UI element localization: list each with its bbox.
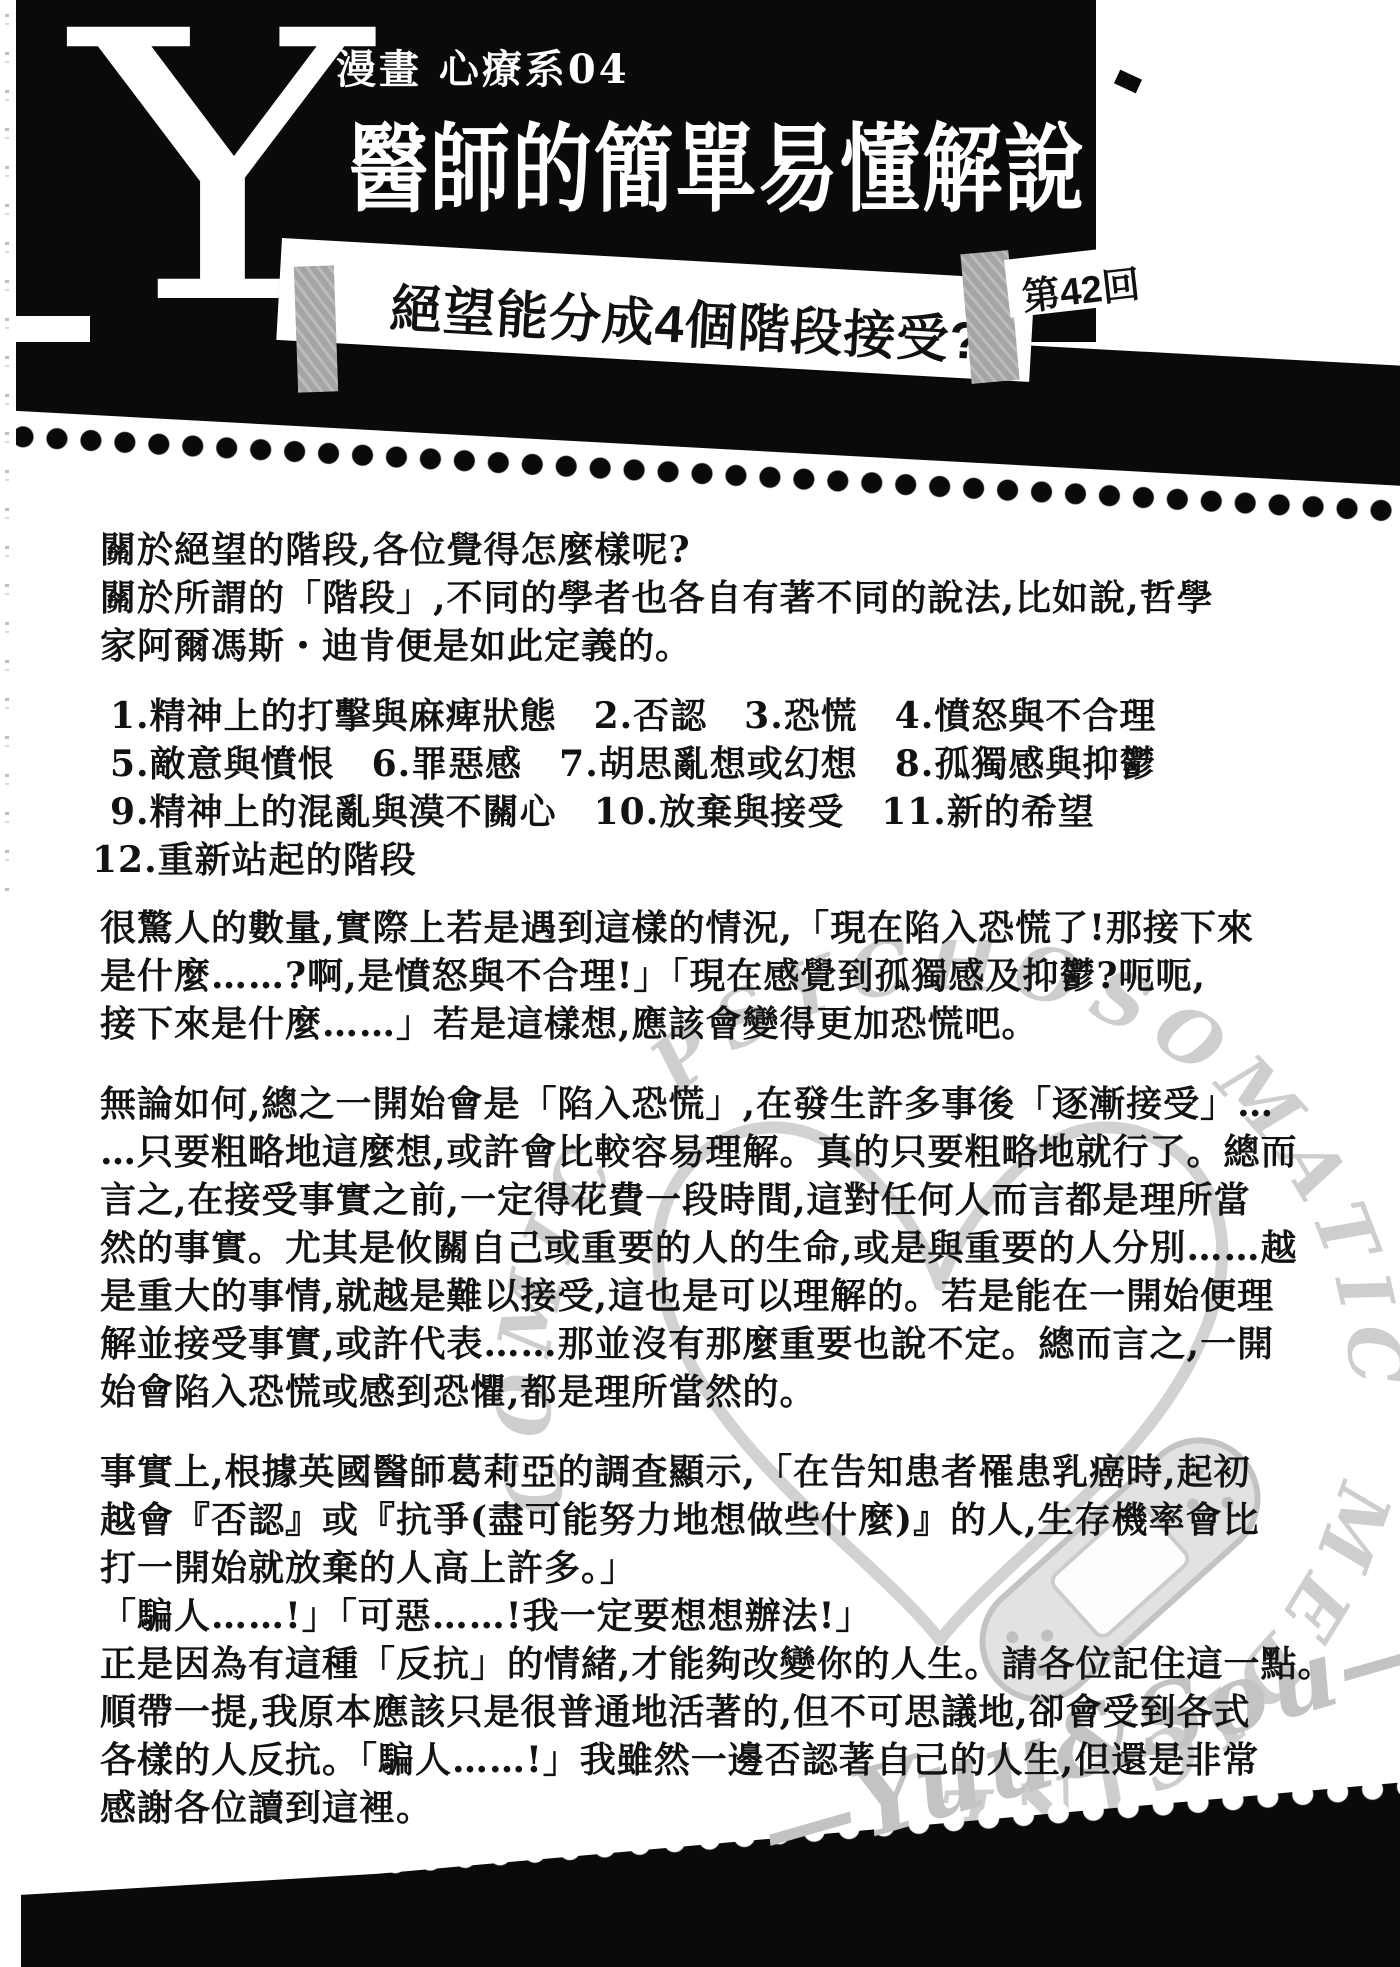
body-line: 很驚人的數量,實際上若是遇到這樣的情況,「現在陷入恐慌了!那接下來 [100, 904, 1254, 952]
body-line: 家阿爾馮斯・迪肯便是如此定義的。 [100, 622, 1214, 670]
body-line: 關於所謂的「階段」,不同的學者也各自有著不同的說法,比如說,哲學 [100, 574, 1214, 622]
episode-number: 第42回 [1019, 253, 1143, 321]
tape-left-icon [294, 265, 338, 392]
stage-line: 9.精神上的混亂與漠不關心 10.放棄與接受 11.新的希望 [92, 788, 1156, 836]
body-line: 解並接受事實,或許代表……那並沒有那麼重要也說不定。總而言之,一開 [100, 1320, 1298, 1368]
body-line: 言之,在接受事實之前,一定得花費一段時間,這對任何人而言都是理所當 [100, 1176, 1298, 1224]
body-line: …只要粗略地這麼想,或許會比較容易理解。真的只要粗略地就行了。總而 [100, 1128, 1298, 1176]
paragraph-4: 事實上,根據英國醫師葛莉亞的調查顯示,「在告知患者罹患乳癌時,起初 越會『否認』… [100, 1448, 1335, 1832]
body-line: 打一開始就放棄的人高上許多。」 [100, 1544, 1335, 1592]
ink-speck [1114, 70, 1142, 94]
stage-line: 12.重新站起的階段 [92, 836, 1156, 884]
page-left-margin [0, 0, 16, 1967]
intro-paragraph: 關於絕望的階段,各位覺得怎麼樣呢? 關於所謂的「階段」,不同的學者也各自有著不同… [100, 526, 1214, 670]
series-label: 漫畫 心療系04 [336, 38, 630, 95]
body-line: 始會陷入恐慌或感到恐懼,都是理所當然的。 [100, 1368, 1298, 1416]
body-line: 接下來是什麼……」若是這樣想,應該會變得更加恐慌吧。 [100, 1000, 1254, 1048]
body-line: 是什麼……?啊,是憤怒與不合理!」「現在感覺到孤獨感及抑鬱?呃呃, [100, 952, 1254, 1000]
page-title: 醫師的簡單易懂解說 [348, 92, 1086, 230]
margin-print-marks [5, 14, 9, 894]
body-line: 關於絕望的階段,各位覺得怎麼樣呢? [100, 526, 1214, 574]
body-line: 「騙人……!」「可惡……!我一定要想想辦法!」 [100, 1592, 1335, 1640]
body-line: 順帶一提,我原本應該只是很普通地活著的,但不可思議地,卻會受到各式 [100, 1688, 1335, 1736]
body-line: 越會『否認』或『抗爭(盡可能努力地想做些什麼)』的人,生存機率會比 [100, 1496, 1335, 1544]
body-line: 是重大的事情,就越是難以接受,這也是可以理解的。若是能在一開始便理 [100, 1272, 1298, 1320]
paragraph-3: 無論如何,總之一開始會是「陷入恐慌」,在發生許多事後「逐漸接受」… …只要粗略地… [100, 1080, 1298, 1416]
paragraph-2: 很驚人的數量,實際上若是遇到這樣的情況,「現在陷入恐慌了!那接下來 是什麼……?… [100, 904, 1254, 1048]
stages-list: 1.精神上的打擊與麻痺狀態 2.否認 3.恐慌 4.憤怒與不合理 5.敵意與憤恨… [92, 692, 1156, 884]
body-line: 感謝各位讀到這裡。 [100, 1784, 1335, 1832]
stage-line: 1.精神上的打擊與麻痺狀態 2.否認 3.恐慌 4.憤怒與不合理 [92, 692, 1156, 740]
body-line: 無論如何,總之一開始會是「陷入恐慌」,在發生許多事後「逐漸接受」… [100, 1080, 1298, 1128]
body-line: 正是因為有這種「反抗」的情緒,才能夠改變你的人生。請各位記住這一點。 [100, 1640, 1335, 1688]
body-line: 各樣的人反抗。「騙人……!」我雖然一邊否認著自己的人生,但還是非常 [100, 1736, 1335, 1784]
manga-explanation-page: COMIC PSYCHOSOMATIC MEDICINE —Yuu&Sou— 關… [0, 0, 1400, 1967]
body-line: 事實上,根據英國醫師葛莉亞的調查顯示,「在告知患者罹患乳癌時,起初 [100, 1448, 1335, 1496]
body-line: 然的事實。尤其是攸關自己或重要的人的生命,或是與重要的人分別……越 [100, 1224, 1298, 1272]
stage-line: 5.敵意與憤恨 6.罪惡感 7.胡思亂想或幻想 8.孤獨感與抑鬱 [92, 740, 1156, 788]
